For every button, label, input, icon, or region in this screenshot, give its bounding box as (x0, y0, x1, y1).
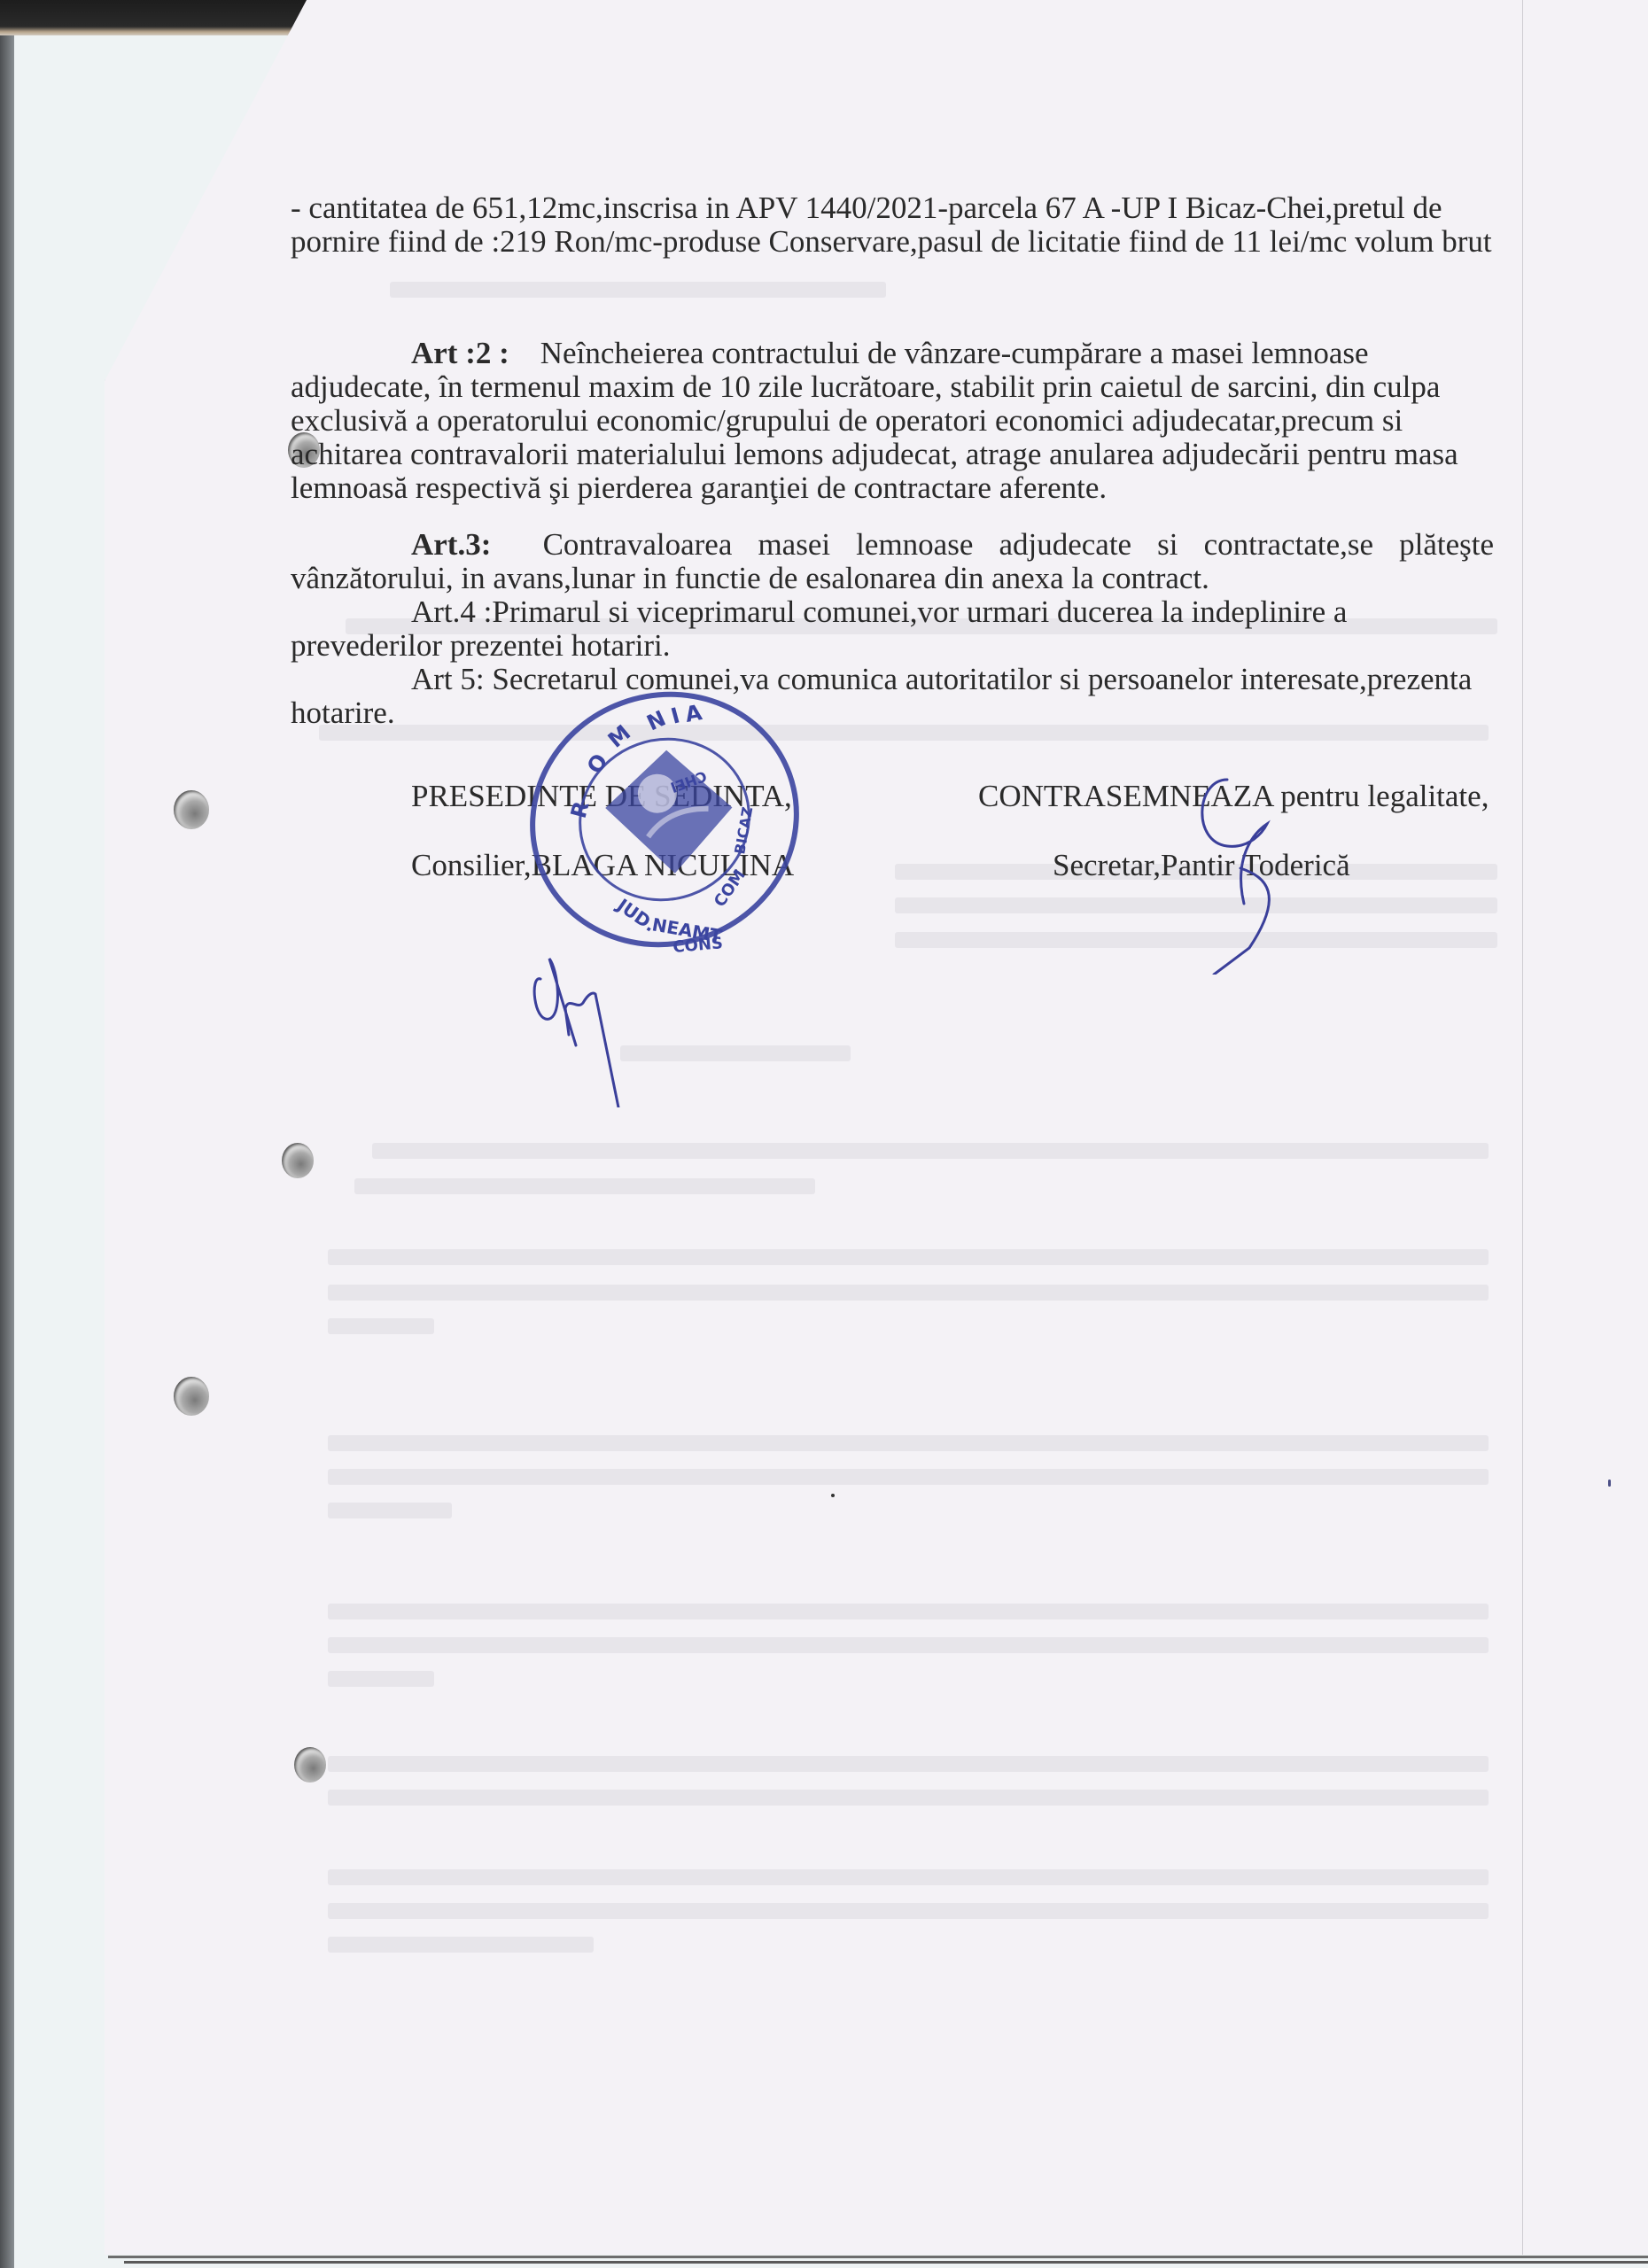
svg-text:O: O (582, 750, 613, 779)
article-2-label: Art :2 : (411, 336, 509, 370)
article-5: Art 5: Secretarul comunei,va comunica au… (291, 663, 1494, 730)
article-3: Art.3: Contravaloarea masei lemnoase adj… (291, 528, 1494, 595)
article-4-text: Art.4 :Primarul si viceprimarul comunei,… (291, 595, 1494, 663)
svg-text:N: N (643, 706, 670, 736)
margin-line (1522, 0, 1523, 2255)
article-1-continuation: - cantitatea de 651,12mc,inscrisa in APV… (291, 191, 1494, 259)
article-4: Art.4 :Primarul si viceprimarul comunei,… (291, 595, 1494, 663)
svg-text:A: A (683, 700, 704, 727)
ink-speck (1608, 1480, 1611, 1487)
punch-hole (174, 790, 209, 829)
article-5-text: Art 5: Secretarul comunei,va comunica au… (291, 663, 1494, 730)
article-3-label: Art.3: (411, 527, 491, 562)
paragraph-quantity: - cantitatea de 651,12mc,inscrisa in APV… (291, 191, 1494, 259)
svg-text:BICAZ: BICAZ (731, 805, 756, 855)
scanner-left-strip (0, 35, 14, 2268)
punch-hole (174, 1377, 209, 1416)
president-signature-icon (514, 939, 620, 1107)
punch-hole (282, 1143, 314, 1178)
punch-hole (294, 1747, 326, 1783)
svg-text:I: I (668, 703, 682, 728)
official-stamp-icon: R O M N I A JUD. NEAMT CONS COM BICAZ CH… (518, 687, 802, 952)
svg-text:R: R (566, 798, 595, 820)
secretary-signature-icon (1187, 771, 1311, 975)
paper-edge (108, 2256, 1648, 2258)
ink-speck (831, 1494, 835, 1497)
svg-text:COM: COM (711, 866, 750, 911)
paper-edge (124, 2261, 1648, 2264)
article-2: Art :2 : Neîncheierea contractului de vâ… (291, 337, 1494, 505)
